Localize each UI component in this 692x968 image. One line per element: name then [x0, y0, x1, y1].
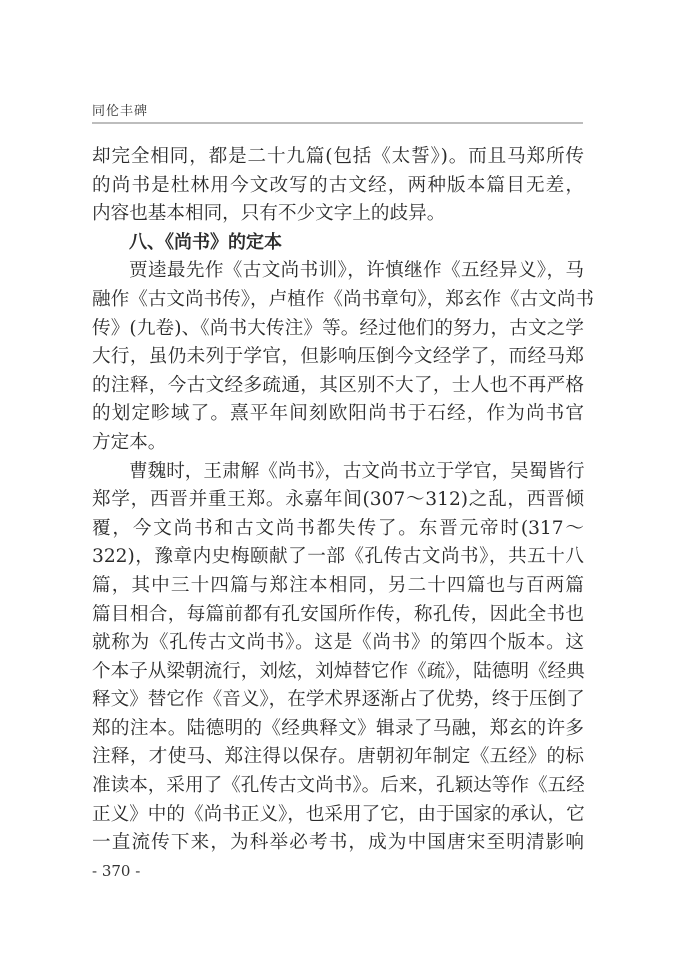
text-line: 篇目相合，每篇前都有孔安国所作传，称孔传，因此全书也 [92, 601, 584, 630]
text-line: 内容也基本相同，只有不少文字上的歧异。 [92, 200, 584, 229]
text-line: 322)，豫章内史梅颐献了一部《孔传古文尚书》，共五十八 [92, 543, 584, 572]
text-line: 就称为《孔传古文尚书》。这是《尚书》的第四个版本。这 [92, 629, 584, 658]
body-text: 却完全相同，都是二十九篇(包括《太誓》)。而且马郑所传 的尚书是杜林用今文改写的… [92, 143, 584, 858]
text-line: 融作《古文尚书传》，卢植作《尚书章句》，郑玄作《古文尚书 [92, 286, 584, 315]
text-line: 郑学，西晋并重王郑。永嘉年间(307～312)之乱，西晋倾 [92, 486, 584, 515]
text-line: 大行，虽仍未列于学官，但影响压倒今文经学了，而经马郑 [92, 343, 584, 372]
text-line: 传》(九卷)、《尚书大传注》等。经过他们的努力，古文之学 [92, 315, 584, 344]
text-line: 篇，其中三十四篇与郑注本相同，另二十四篇也与百两篇 [92, 572, 584, 601]
text-line: 的尚书是杜林用今文改写的古文经，两种版本篇目无差， [92, 172, 584, 201]
text-line: 却完全相同，都是二十九篇(包括《太誓》)。而且马郑所传 [92, 143, 584, 172]
text-line: 正义》中的《尚书正义》，也采用了它，由于国家的承认，它 [92, 801, 584, 830]
text-line: 个本子从梁朝流行，刘炫，刘焯替它作《疏》，陆德明《经典 [92, 658, 584, 687]
text-line: 郑的注本。陆德明的《经典释文》辑录了马融，郑玄的许多 [92, 715, 584, 744]
text-line: 曹魏时，王肃解《尚书》，古文尚书立于学官，吴蜀皆行 [92, 458, 584, 487]
text-line: 方定本。 [92, 429, 584, 458]
text-line: 一直流传下来，为科举必考书，成为中国唐宋至明清影响 [92, 829, 584, 858]
text-line: 释文》替它作《音义》，在学术界逐渐占了优势，终于压倒了 [92, 686, 584, 715]
running-head: 同伦丰碑 [92, 100, 148, 119]
page-number: - 370 - [92, 862, 140, 880]
text-line: 的注释，今古文经多疏通，其区别不大了，士人也不再严格 [92, 372, 584, 401]
text-line: 的划定畛域了。熹平年间刻欧阳尚书于石经，作为尚书官 [92, 400, 584, 429]
text-line: 贾逵最先作《古文尚书训》，许慎继作《五经异义》，马 [92, 257, 584, 286]
text-line: 准读本，采用了《孔传古文尚书》。后来，孔颖达等作《五经 [92, 772, 584, 801]
header-rule [92, 122, 583, 124]
section-heading: 八、《尚书》的定本 [92, 229, 584, 258]
text-line: 覆，今文尚书和古文尚书都失传了。东晋元帝时(317～ [92, 515, 584, 544]
text-line: 注释，才使马、郑注得以保存。唐朝初年制定《五经》的标 [92, 743, 584, 772]
